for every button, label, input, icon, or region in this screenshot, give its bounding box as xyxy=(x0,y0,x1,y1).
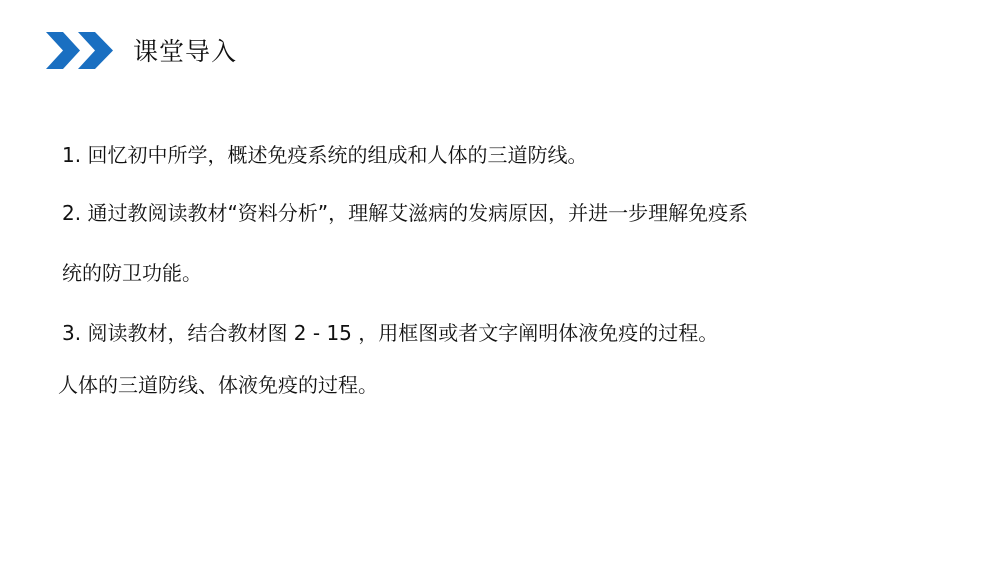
slide-body: 1. 回忆初中所学，概述免疫系统的组成和人体的三道防线。 2. 通过教阅读教材“… xyxy=(0,0,1000,563)
key-points: 人体的三道防线、体液免疫的过程。 xyxy=(58,371,378,399)
objective-2: 2. 通过教阅读教材“资料分析”，理解艾滋病的发病原因，并进一步理解免疫系 xyxy=(62,199,748,227)
objective-1: 1. 回忆初中所学，概述免疫系统的组成和人体的三道防线。 xyxy=(62,141,587,169)
objective-3: 3. 阅读教材，结合教材图 2 - 15 ，用框图或者文字阐明体液免疫的过程。 xyxy=(62,319,718,347)
objective-2-continuation: 统的防卫功能。 xyxy=(62,259,202,287)
